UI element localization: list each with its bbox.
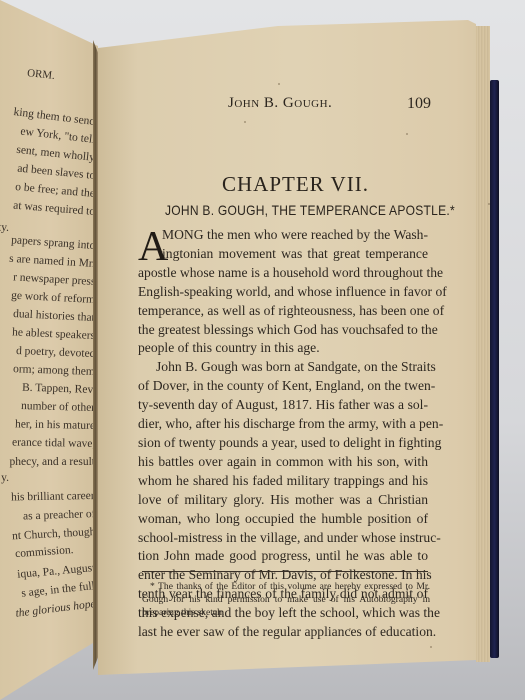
body-line: sion of twenty pounds a year, used to de… xyxy=(138,434,428,453)
left-line: king them to send xyxy=(13,106,95,128)
paragraph-1: A MONG the men who were reached by the W… xyxy=(138,226,428,358)
body-line: temperance, as well as of righteousness,… xyxy=(138,302,428,321)
body-line: woman, who long occupied the humble posi… xyxy=(138,510,428,529)
book-photo: ORM. king them to send ew York, "to tell… xyxy=(0,0,525,700)
footnote-line: preparing this sketch. xyxy=(142,606,430,619)
left-line: nt Church, though xyxy=(11,526,95,542)
body-line: ingtonian movement was that great temper… xyxy=(138,245,428,264)
paper-speck xyxy=(278,83,280,85)
body-line: MONG the men who were reached by the Was… xyxy=(138,226,428,245)
left-line: y. xyxy=(1,472,9,484)
left-line: ad been slaves to xyxy=(17,163,95,182)
left-line: commission. xyxy=(14,544,73,560)
footnote: * The thanks of the Editor of this volum… xyxy=(142,580,430,619)
left-line: papers sprang into xyxy=(10,234,95,252)
body-line: people of this country in this age. xyxy=(138,339,428,358)
page-number: 109 xyxy=(407,95,431,113)
left-line: his brilliant career xyxy=(11,490,95,503)
left-line: B. Tappen, Rev. xyxy=(22,382,95,396)
chapter-title: CHAPTER VII. xyxy=(222,172,369,197)
left-line: ew York, "to tell xyxy=(20,126,95,146)
left-line: ty. xyxy=(0,221,9,234)
running-head: John B. Gough. xyxy=(228,95,488,112)
left-line: as a preacher of xyxy=(22,508,95,523)
body-line: whom he shared his faded military trappi… xyxy=(138,472,428,491)
page-edges xyxy=(476,26,490,662)
footnote-line: * The thanks of the Editor of this volum… xyxy=(142,580,430,593)
body-line: his battles over again in common with hi… xyxy=(138,453,428,472)
body-line: apostle whose name is a household word t… xyxy=(138,264,428,283)
body-line: last he ever saw of the regular applianc… xyxy=(138,623,428,642)
paper-speck xyxy=(406,133,408,135)
drop-cap: A xyxy=(138,228,168,266)
left-line: r newspaper press xyxy=(12,271,95,288)
paper-speck xyxy=(244,121,246,123)
body-line: the greatest blessings which God has vou… xyxy=(138,321,428,340)
body-line: love of military glory. His mother was a… xyxy=(138,491,428,510)
body-line: ty-seventh day of August, 1817. His fath… xyxy=(138,396,428,415)
left-line: her, in his mature xyxy=(15,418,95,432)
left-line: o be free; and the xyxy=(15,181,95,200)
left-line: dual histories that xyxy=(13,308,95,324)
left-line: sent, men wholly xyxy=(16,144,95,164)
left-line: the glorious hope xyxy=(14,598,95,620)
book-gutter xyxy=(93,40,98,670)
body-line: John B. Gough was born at Sandgate, on t… xyxy=(138,358,428,377)
left-line: s age, in the full xyxy=(21,580,95,600)
body-line: school-mistress in the village, and unde… xyxy=(138,529,428,548)
paper-speck xyxy=(430,646,432,648)
footnote-rule xyxy=(142,571,428,572)
left-line: iqua, Pa., August xyxy=(17,562,95,581)
left-line: he ablest speakers xyxy=(12,326,95,342)
left-line: d poetry, devoted xyxy=(15,345,95,360)
left-page-text: ORM. king them to send ew York, "to tell… xyxy=(0,0,95,700)
body-line: tion John made good progress, until he w… xyxy=(138,547,428,566)
left-line: orm; among them xyxy=(13,363,95,378)
book-cover-edge xyxy=(490,80,499,658)
left-line: phecy, and a result xyxy=(10,456,95,468)
left-line: number of other xyxy=(21,400,95,414)
chapter-subtitle: JOHN B. GOUGH, THE TEMPERANCE APOSTLE.* xyxy=(165,202,455,218)
left-line: ge work of reform xyxy=(11,290,95,306)
footnote-line: Gough for his kind permission to make us… xyxy=(142,593,430,606)
left-running-head: ORM. xyxy=(27,67,56,82)
body-line: of Dover, in the county of Kent, England… xyxy=(138,377,428,396)
left-line: erance tidal wave, xyxy=(12,437,95,450)
body-line: dier, who, after his discharge from the … xyxy=(138,415,428,434)
paper-speck xyxy=(488,203,490,205)
body-line: English-speaking world, and whose influe… xyxy=(138,283,428,302)
left-line: s are named in Mr. xyxy=(9,253,95,270)
paper-speck xyxy=(349,628,351,630)
left-line: at was required to xyxy=(13,200,95,218)
